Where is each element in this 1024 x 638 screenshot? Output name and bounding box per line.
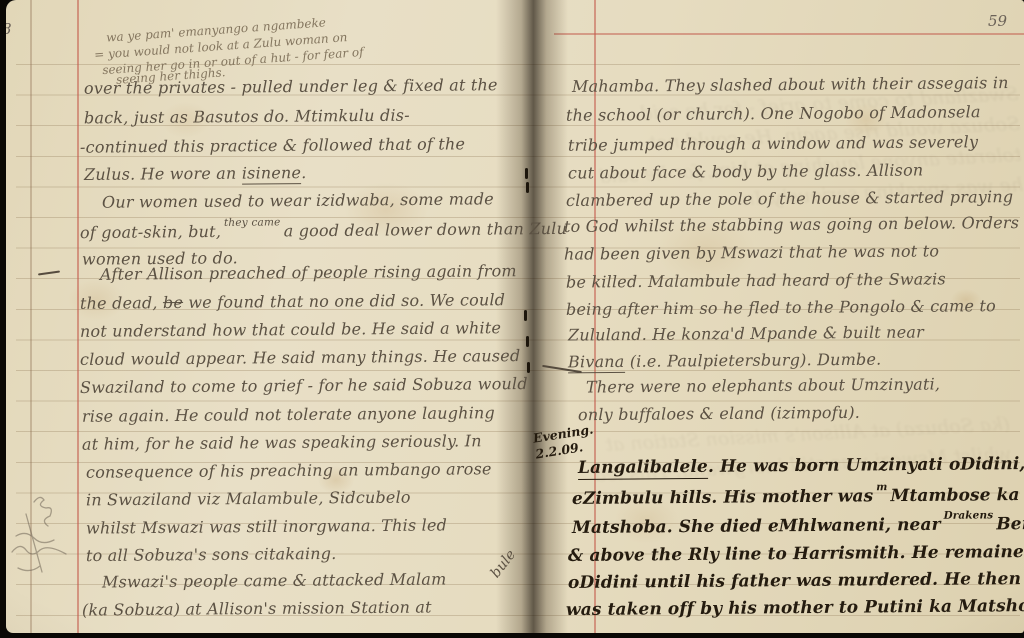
handwritten-line: had been given by Mswazi that he was not… — [564, 242, 939, 263]
handwritten-line: in Swaziland viz Malambule, Sidcubelo — [86, 489, 411, 509]
line-text: the dead, — [80, 293, 163, 313]
handwritten-line: the dead, be we found that no one did so… — [80, 291, 505, 312]
handwritten-line-dark: Matshoba. She died eMhlwaneni, nearDrake… — [572, 515, 1024, 538]
handwritten-line: Swaziland to come to grief - for he said… — [80, 375, 528, 397]
binding-gutter — [496, 0, 568, 633]
handwritten-line: be killed. Malambule had heard of the Sw… — [566, 270, 946, 291]
handwritten-line: rise again. He could not tolerate anyone… — [82, 404, 495, 425]
handwritten-line: cut about face & body by the glass. Alli… — [568, 161, 924, 182]
handwritten-line: clambered up the pole of the house & sta… — [566, 188, 1013, 209]
handwritten-line: tribe jumped through a window and was se… — [568, 133, 978, 154]
binding-stitch — [526, 336, 529, 347]
handwritten-line: Our women used to wear izidwaba, some ma… — [102, 190, 494, 211]
handwritten-line: of goat-skin, but,they camea good deal l… — [80, 220, 567, 242]
line-text: we found that no one did so. We could — [183, 290, 505, 312]
interlinear-insertion: they came — [224, 216, 281, 228]
left-page-number-partial: 8 — [6, 20, 12, 38]
handwritten-line-dark: was taken off by his mother to Putini ka… — [566, 597, 1024, 620]
line-text: of goat-skin, but, — [80, 222, 221, 242]
handwritten-line: the school (or church). One Nogobo of Ma… — [566, 103, 981, 124]
handwritten-line: only buffaloes & eland (izimpofu). — [578, 404, 860, 424]
handwritten-line-dark: Langalibalele. He was born Umzinyati oDi… — [578, 455, 1024, 478]
line-text: Zulus. He wore an — [84, 164, 242, 184]
left-page-margin-line — [77, 0, 79, 633]
handwritten-line: consequence of his preaching an umbango … — [86, 460, 492, 481]
handwritten-line-dark: oDidini until his father was murdered. H… — [568, 570, 1021, 593]
handwritten-line: After Allison preached of people rising … — [100, 262, 517, 283]
interlinear-insertion: m — [876, 481, 887, 493]
line-text: Mtambose ka — [890, 485, 1019, 506]
line-text: a good deal lower down than Zulu — [284, 219, 568, 240]
handwritten-line: Bivana (i.e. Paulpietersburg). Dumbe. — [568, 351, 882, 371]
binding-stitch — [525, 168, 528, 179]
scanned-notebook-photo: Swaziland to come to grief - for he said… — [0, 0, 1024, 638]
handwritten-line: Zulus. He wore an isinene. — [84, 164, 307, 184]
right-page-top-rule — [554, 33, 1024, 35]
line-text: Matshoba. She died eMhlwaneni, near — [572, 515, 941, 538]
line-text: eZimbulu hills. His mother was — [572, 486, 873, 509]
illegible-margin-scribble — [8, 480, 72, 600]
handwritten-line: There were no elephants about Umzinyati, — [586, 375, 940, 396]
struck-word: be — [163, 293, 183, 312]
line-text: Berg — [996, 514, 1024, 534]
binding-stitch — [526, 182, 529, 193]
interlinear-insertion: Drakens — [943, 509, 993, 521]
handwritten-line-dark: eZimbulu hills. His mother wasmMtambose … — [572, 486, 1020, 509]
handwritten-line: Mahamba. They slashed about with their a… — [572, 74, 1009, 95]
handwritten-line: back, just as Basutos do. Mtimkulu dis- — [84, 107, 410, 127]
handwritten-line: cloud would appear. He said many things.… — [80, 347, 521, 368]
handwritten-line: at him, for he said he was speaking seri… — [82, 432, 482, 453]
binding-stitch — [527, 362, 530, 373]
handwritten-line: (ka Sobuza) at Allison's mission Station… — [82, 598, 432, 619]
handwritten-line: Mswazi's people came & attacked Malam — [102, 570, 447, 591]
handwritten-line: over the privates - pulled under leg & f… — [84, 76, 498, 97]
notebook-page-spread: Swaziland to come to grief - for he said… — [6, 0, 1024, 633]
line-text: (i.e. Paulpietersburg). Dumbe. — [624, 350, 881, 371]
underlined-name: Langalibalele — [578, 457, 708, 480]
binding-stitch — [524, 310, 527, 321]
line-text: . — [301, 163, 306, 182]
handwritten-line: -continued this practice & followed that… — [80, 135, 465, 156]
handwritten-line: Zululand. He konza'd Mpande & built near — [568, 323, 924, 344]
right-page-number: 59 — [988, 12, 1007, 30]
handwritten-line: being after him so he fled to the Pongol… — [566, 297, 996, 318]
handwritten-line: to all Sobuza's sons citakaing. — [86, 545, 337, 565]
underlined-word: isinene — [242, 163, 302, 185]
handwritten-line: not understand how that could be. He sai… — [80, 319, 501, 340]
handwritten-line: whilst Mswazi was still inorgwana. This … — [86, 516, 447, 537]
handwritten-line: to God whilst the stabbing was going on … — [564, 214, 1019, 236]
line-text: . He was born Umzinyati oDidini, — [708, 454, 1024, 477]
handwritten-line-dark: & above the Rly line to Harrismith. He r… — [568, 543, 1024, 566]
